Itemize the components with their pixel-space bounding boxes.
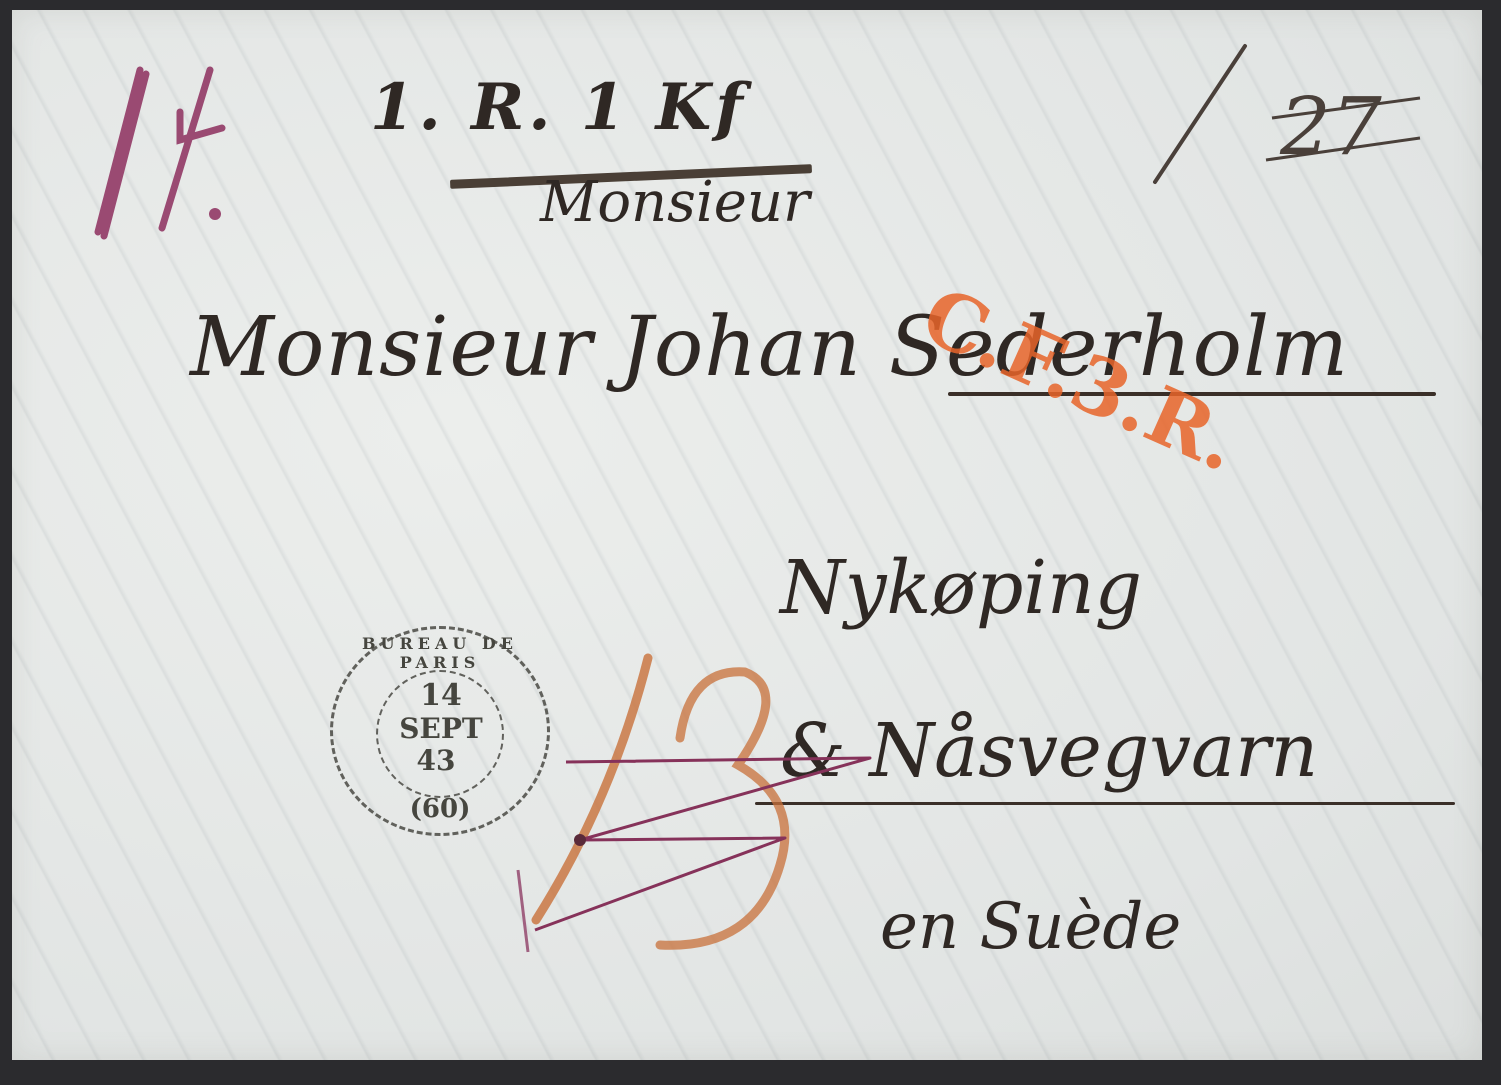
crayon-13-and-violet-scrawl xyxy=(0,0,1501,1085)
